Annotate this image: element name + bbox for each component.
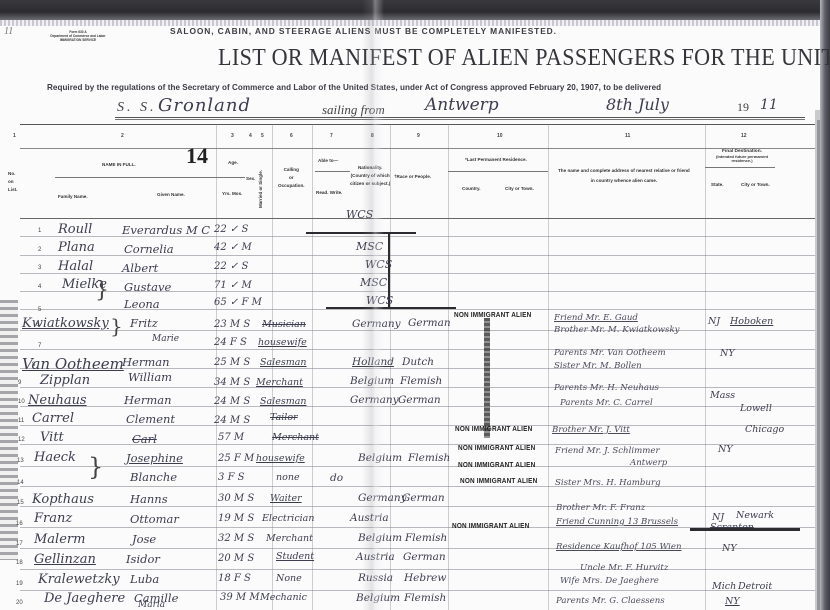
sex-marital: F S	[228, 472, 245, 483]
sex-marital: ✓ F M	[230, 297, 262, 308]
hdr-or: or	[278, 174, 305, 182]
row-number: 18	[16, 560, 23, 566]
family-name: De Jaeghere	[44, 591, 125, 606]
given-name: Albert	[122, 261, 158, 275]
given-name: Fritz	[130, 316, 158, 330]
occupation: housewife	[256, 453, 305, 464]
family-name: Vitt	[40, 430, 64, 445]
family-name: Franz	[34, 511, 72, 526]
occupation: housewife	[258, 337, 307, 348]
occupation: Salesman	[260, 396, 307, 407]
row-number: 4	[38, 284, 41, 290]
pen-strike-line	[690, 528, 800, 531]
row-number: 20	[16, 600, 23, 606]
col-number: 7	[330, 133, 333, 139]
occupation: none	[276, 472, 300, 483]
scan-right-edge	[820, 0, 830, 610]
sex-marital: ✓ M	[230, 280, 252, 291]
sex-marital: ✓ S	[230, 224, 248, 235]
age-sex: 39 M M	[220, 592, 260, 603]
sex-marital: M S	[234, 533, 254, 544]
row-number: 2	[38, 247, 41, 253]
col-number: 12	[741, 133, 747, 139]
age: 34	[214, 377, 227, 388]
able-divider	[315, 171, 350, 172]
occupation: Merchant	[266, 533, 313, 544]
race: Dutch	[402, 356, 434, 368]
given-name: Blanche	[130, 470, 177, 484]
header-family-name: Family Name.	[58, 194, 88, 199]
nearest-relative: Sister Mr. M. Bollen	[554, 361, 642, 371]
hdr-relative-line1: The name and complete address of nearest…	[558, 166, 690, 176]
given-name: Everardus M C	[122, 223, 210, 237]
sex-marital: M S	[234, 513, 254, 524]
row-number: 16	[16, 521, 23, 527]
race: Flemish	[404, 592, 446, 604]
header-married-or-single: Married or Single.	[258, 170, 263, 208]
family-name: Malerm	[34, 532, 85, 547]
occupation: Waiter	[270, 493, 302, 504]
row-number: 17	[16, 541, 23, 547]
dest-city: Lowell	[740, 403, 772, 414]
sex-marital: M S	[230, 357, 250, 368]
sailing-date: 8th July	[606, 95, 669, 114]
dest-city: Detroit	[738, 581, 772, 592]
nationality: do	[330, 472, 343, 484]
age: 22	[214, 261, 227, 272]
age-sex: 24 M S	[214, 396, 250, 407]
sheet-number: 14	[186, 143, 208, 169]
occupation: Merchant	[256, 377, 303, 388]
given-name: Clement	[126, 412, 175, 426]
age: 22	[214, 224, 227, 235]
family-name: Van Ootheem	[22, 355, 124, 373]
nearest-relative: Wife Mrs. De Jaeghere	[560, 576, 659, 586]
dest-city: Newark	[736, 510, 774, 521]
header-given-name: Given Name.	[157, 192, 185, 197]
ship-name: Gronland	[158, 95, 251, 116]
header-state: State.	[711, 182, 724, 187]
family-bracket: }	[88, 453, 103, 481]
age: 42	[214, 242, 227, 253]
header-name-in-full: NAME IN FULL.	[102, 162, 136, 167]
family-name: Carrel	[32, 411, 74, 426]
residence-divider	[448, 171, 548, 172]
row-rule	[20, 486, 815, 487]
col-number: 6	[290, 133, 293, 139]
header-country: Country.	[462, 186, 481, 191]
page-corner-mark: 11	[4, 26, 13, 37]
year-prefix: 19	[737, 100, 749, 115]
non-immigrant-stamp: NON IMMIGRANT ALIEN	[454, 311, 531, 319]
header-final-destination: Final Destination. (Intended future perm…	[716, 150, 768, 164]
age-sex: 57 M	[218, 432, 244, 443]
dest-state: NY	[725, 596, 740, 607]
hdr-calling: Calling	[278, 166, 305, 174]
age-sex: 32 M S	[218, 533, 254, 544]
age: 20	[218, 553, 231, 564]
given-name: Luba	[130, 572, 159, 586]
hdr-no: No.	[8, 170, 17, 178]
given-name: Josephine	[126, 451, 183, 465]
given-name: William	[128, 370, 172, 384]
given-name: Herman	[122, 355, 170, 369]
nearest-relative: Friend Mr. J. Schlimmer	[555, 446, 660, 456]
col-number: 9	[417, 133, 420, 139]
family-name: Kralewetzky	[38, 572, 120, 587]
occupation: Tailor	[270, 412, 298, 423]
voyage-underline	[115, 117, 805, 118]
family-name: Kopthaus	[32, 492, 94, 507]
dest-state: Mass	[710, 390, 735, 401]
hdr-on: on	[8, 178, 17, 186]
age-sex: 22 ✓ S	[214, 261, 248, 272]
col-divider-dest	[705, 124, 706, 610]
nearest-relative: Uncle Mr. F. Hurvitz	[580, 563, 668, 573]
occupation: Musician	[262, 319, 306, 330]
form-identifier: Form 630 A Department of Commerce and La…	[38, 30, 118, 42]
nearest-relative: Friend Mr. E. Gaud	[554, 313, 638, 323]
col-number: 1	[13, 133, 16, 139]
header-age: Age.	[228, 160, 238, 165]
destination-divider	[705, 167, 775, 168]
occupation: Merchant	[272, 432, 319, 443]
age-sex: 20 M S	[218, 553, 254, 564]
given-name: Isidor	[126, 552, 160, 566]
hdr-occupation: Occupation.	[278, 182, 305, 190]
nearest-relative: Parents Mr. H. Neuhaus	[554, 383, 659, 393]
sex-marital: F M	[234, 453, 254, 464]
sex-marital: ✓ S	[230, 261, 248, 272]
age: 3	[218, 472, 224, 483]
race: German	[403, 551, 446, 563]
given-name: Carl	[132, 432, 157, 446]
given-name: Herman	[124, 393, 172, 407]
row-number: 19	[16, 581, 23, 587]
row-number: 1	[38, 228, 41, 234]
age: 18	[218, 573, 231, 584]
given-name: Leona	[124, 297, 160, 311]
header-dest-city: City or Town.	[741, 182, 770, 187]
age: 39	[220, 592, 233, 603]
family-name: Plana	[58, 240, 95, 255]
header-last-residence: *Last Permanent Residence.	[465, 157, 527, 162]
header-read-write: Read. Write.	[316, 190, 342, 195]
dest-state: NY	[720, 348, 735, 359]
age: 23	[214, 319, 227, 330]
age-sex: 24 F S	[214, 337, 247, 348]
sex-marital: M S	[230, 319, 250, 330]
race: German	[408, 317, 451, 329]
given-name: Gustave	[124, 280, 171, 294]
race: Flemish	[408, 452, 450, 464]
age: 30	[218, 493, 231, 504]
dest-city: Chicago	[745, 424, 784, 435]
row-number: 11	[18, 418, 24, 424]
row-rule	[20, 330, 815, 331]
occupation: None	[276, 573, 302, 584]
col-number: 5	[261, 133, 264, 139]
col-number: 10	[497, 133, 503, 139]
age: 25	[218, 453, 231, 464]
sex-marital: M S	[230, 415, 250, 426]
family-bracket: }	[95, 278, 109, 303]
header-race-or-people: †Race or People.	[394, 174, 431, 179]
row-rule	[20, 506, 815, 507]
age: 24	[214, 337, 227, 348]
sex-marital: M M	[236, 592, 260, 603]
page-fold-right	[815, 110, 820, 610]
dest-city: Hoboken	[730, 316, 773, 327]
service-name: IMMIGRATION SERVICE	[38, 38, 118, 42]
header-city-or-town: City or Town.	[505, 186, 534, 191]
family-name: Gellinzan	[34, 552, 96, 567]
age-sex: 65 ✓ F M	[214, 297, 262, 308]
occupation: Student	[276, 551, 314, 562]
nearest-relative: Antwerp	[630, 458, 667, 468]
age-sex: 19 M S	[218, 513, 254, 524]
header-calling: Calling or Occupation.	[278, 166, 305, 190]
dest-state: NY	[722, 543, 737, 554]
page-fold-center	[362, 0, 384, 610]
age-sex: 25 F M	[218, 453, 254, 464]
sex-marital: M S	[230, 377, 250, 388]
col-divider-relative	[548, 124, 549, 610]
family-name: Kwiatkowsky	[22, 316, 109, 331]
row-rule	[20, 349, 815, 350]
occupation: Salesman	[260, 357, 307, 368]
header-bottom-rule	[20, 218, 815, 219]
sex-marital: M S	[234, 553, 254, 564]
family-name: Roull	[58, 222, 92, 237]
row-number: 13	[17, 458, 24, 464]
sex-marital: F S	[234, 573, 251, 584]
header-top-rule	[20, 124, 815, 125]
col-number: 3	[231, 133, 234, 139]
departure-port: Antwerp	[425, 95, 499, 115]
header-sex: Sex.	[246, 176, 255, 181]
sex-marital: M	[234, 432, 244, 443]
given-name: Marie	[152, 334, 179, 344]
document-title: LIST OR MANIFEST OF ALIEN PASSENGERS FOR…	[218, 45, 830, 72]
family-name: Haeck	[34, 450, 76, 465]
row-number: 9	[18, 380, 21, 386]
age-sex: 3 F S	[218, 472, 245, 483]
row-number: 12	[18, 437, 25, 443]
nearest-relative: Parents Mr. C. Carrel	[560, 398, 653, 408]
hdr-relative-line2: in country whence alien came.	[558, 176, 690, 186]
race: Flemish	[405, 532, 447, 544]
given-name: Ottomar	[130, 512, 179, 526]
sex-marital: M S	[234, 493, 254, 504]
scan-top-edge	[0, 0, 830, 20]
occupation: Electrician	[262, 513, 314, 524]
given-name: Jose	[132, 532, 156, 546]
nearest-relative: Sister Mrs. H. Hamburg	[555, 478, 661, 488]
col-number: 11	[625, 133, 630, 139]
age-sex: 25 M S	[214, 357, 250, 368]
row-rule	[20, 466, 815, 467]
pen-line	[306, 232, 416, 234]
given-name: Maria	[138, 600, 165, 610]
col-number: 4	[249, 133, 252, 139]
nearest-relative: Brother Mr. F. Franz	[556, 503, 645, 513]
given-name: Cornelia	[124, 242, 174, 256]
race: German	[398, 394, 441, 406]
row-number: 3	[38, 265, 41, 271]
row-rule	[20, 387, 815, 388]
family-name: Zipplan	[40, 373, 90, 388]
sex-marital: F S	[230, 337, 247, 348]
non-immigrant-stamp: NON IMMIGRANT ALIEN	[460, 477, 537, 485]
age-sex: 42 ✓ M	[214, 242, 252, 253]
dest-state: NJ	[708, 316, 720, 327]
row-number: 15	[17, 500, 24, 506]
age-sex: 22 ✓ S	[214, 224, 248, 235]
header-nearest-relative: The name and complete address of nearest…	[558, 166, 690, 186]
age: 57	[218, 432, 231, 443]
row-number: 14	[17, 480, 24, 486]
age: 65	[214, 297, 227, 308]
non-immigrant-stamp: NON IMMIGRANT ALIEN	[455, 425, 532, 433]
sex-marital: ✓ M	[230, 242, 252, 253]
non-immigrant-stamp-vertical	[484, 318, 490, 438]
non-immigrant-stamp: NON IMMIGRANT ALIEN	[452, 522, 529, 530]
row-number: 10	[18, 399, 25, 405]
header-number-rule	[20, 148, 815, 149]
given-name: Hanns	[130, 492, 168, 506]
nearest-relative: Brother Mr. M. Kwiatkowsky	[554, 325, 680, 335]
nearest-relative: Residence Kaufhof 105 Wien	[556, 542, 682, 552]
nearest-relative: Parents Mr. Van Ootheem	[554, 348, 666, 358]
occupation: Mechanic	[260, 592, 307, 603]
age-sex: 30 M S	[218, 493, 254, 504]
family-name: Halal	[58, 259, 93, 274]
age: 32	[218, 533, 231, 544]
family-name: Neuhaus	[28, 393, 87, 408]
age: 25	[214, 357, 227, 368]
nearest-relative: Parents Mr. G. Claessens	[556, 596, 665, 606]
hdr-residence: residence.)	[716, 159, 768, 164]
header-no-on-list: No. on List.	[8, 170, 17, 194]
manifest-banner: SALOON, CABIN, AND STEERAGE ALIENS MUST …	[170, 26, 620, 36]
race: Hebrew	[404, 572, 446, 584]
race: Flemish	[400, 375, 442, 387]
age-sex: 23 M S	[214, 319, 250, 330]
pen-line	[326, 307, 456, 309]
race: German	[402, 492, 445, 504]
year-suffix: 11	[760, 97, 778, 113]
age: 71	[214, 280, 227, 291]
non-immigrant-stamp: NON IMMIGRANT ALIEN	[458, 461, 535, 469]
age-sex: 24 M S	[214, 415, 250, 426]
family-bracket: }	[110, 314, 123, 338]
non-immigrant-stamp: NON IMMIGRANT ALIEN	[458, 444, 535, 452]
manifest-page: 11 Form 630 A Department of Commerce and…	[0, 0, 830, 610]
row-number: 7	[38, 343, 41, 349]
header-able-to: Able to—	[318, 158, 338, 163]
row-rule	[20, 569, 815, 570]
row-number: 5	[38, 307, 41, 313]
col-number: 2	[121, 133, 124, 139]
dest-state: Mich	[712, 581, 736, 592]
voyage-underline-2	[115, 119, 805, 120]
header-age-yrs-mos: Yrs. Mos.	[222, 191, 242, 196]
nearest-relative: Brother Mr. J. Vitt	[552, 425, 630, 435]
document-subtitle: Required by the regulations of the Secre…	[47, 83, 661, 92]
age-sex: 71 ✓ M	[214, 280, 252, 291]
row-rule	[20, 548, 815, 549]
nearest-relative: Friend Cunning 13 Brussels	[556, 517, 678, 527]
col-divider-country	[448, 124, 449, 610]
age: 19	[218, 513, 231, 524]
age-sex: 18 F S	[218, 573, 251, 584]
age-sex: 34 M S	[214, 377, 250, 388]
age: 24	[214, 415, 227, 426]
sex-marital: M S	[230, 396, 250, 407]
ship-prefix: S. S.	[117, 100, 157, 116]
dest-state: NY	[718, 444, 733, 455]
age: 24	[214, 396, 227, 407]
hdr-list: List.	[8, 186, 17, 194]
